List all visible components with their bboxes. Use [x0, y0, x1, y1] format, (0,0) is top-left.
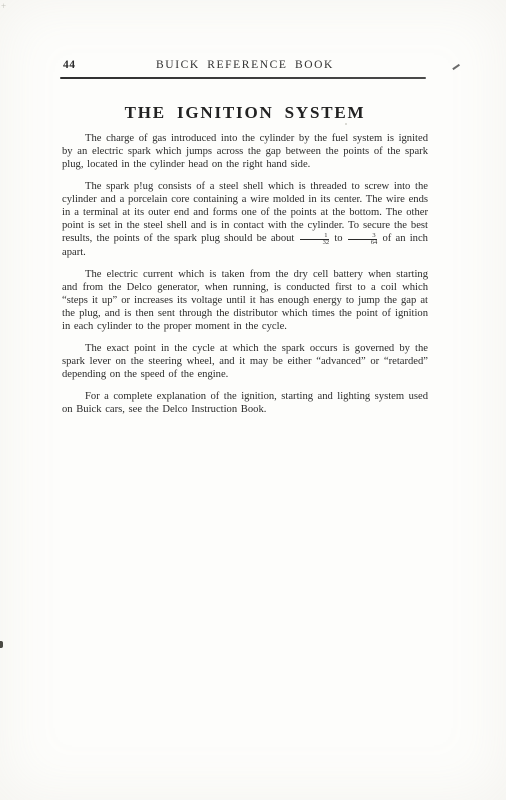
paragraph-delco-reference: For a complete explanation of the igniti…: [62, 390, 428, 416]
paragraph-spark-plug: The spark p!ug consists of a steel shell…: [62, 180, 428, 259]
page-header: 44 BUICK REFERENCE BOOK: [62, 58, 428, 76]
scan-artifact-mark: +: [1, 3, 8, 10]
fraction-one-thirty-second: 132: [300, 233, 330, 246]
body-text: The charge of gas introduced into the cy…: [62, 132, 428, 425]
fraction-connector: to: [334, 233, 342, 244]
fraction-denominator: 64: [348, 239, 378, 247]
scan-artifact-edge-mark: [0, 641, 3, 648]
paragraph-electric-current: The electric current which is taken from…: [62, 268, 428, 333]
paragraph-charge-of-gas: The charge of gas introduced into the cy…: [62, 132, 428, 171]
fraction-three-sixty-fourths: 364: [348, 233, 378, 246]
book-page: 44 BUICK REFERENCE BOOK THE IGNITION SYS…: [0, 0, 506, 800]
scan-artifact-speck: [345, 123, 347, 125]
header-rule: [60, 77, 426, 79]
paragraph-spark-lever: The exact point in the cycle at which th…: [62, 342, 428, 381]
running-title: BUICK REFERENCE BOOK: [62, 59, 428, 71]
chapter-title: THE IGNITION SYSTEM: [62, 103, 428, 123]
fraction-denominator: 32: [300, 239, 330, 247]
scan-artifact-dash: [452, 64, 459, 70]
